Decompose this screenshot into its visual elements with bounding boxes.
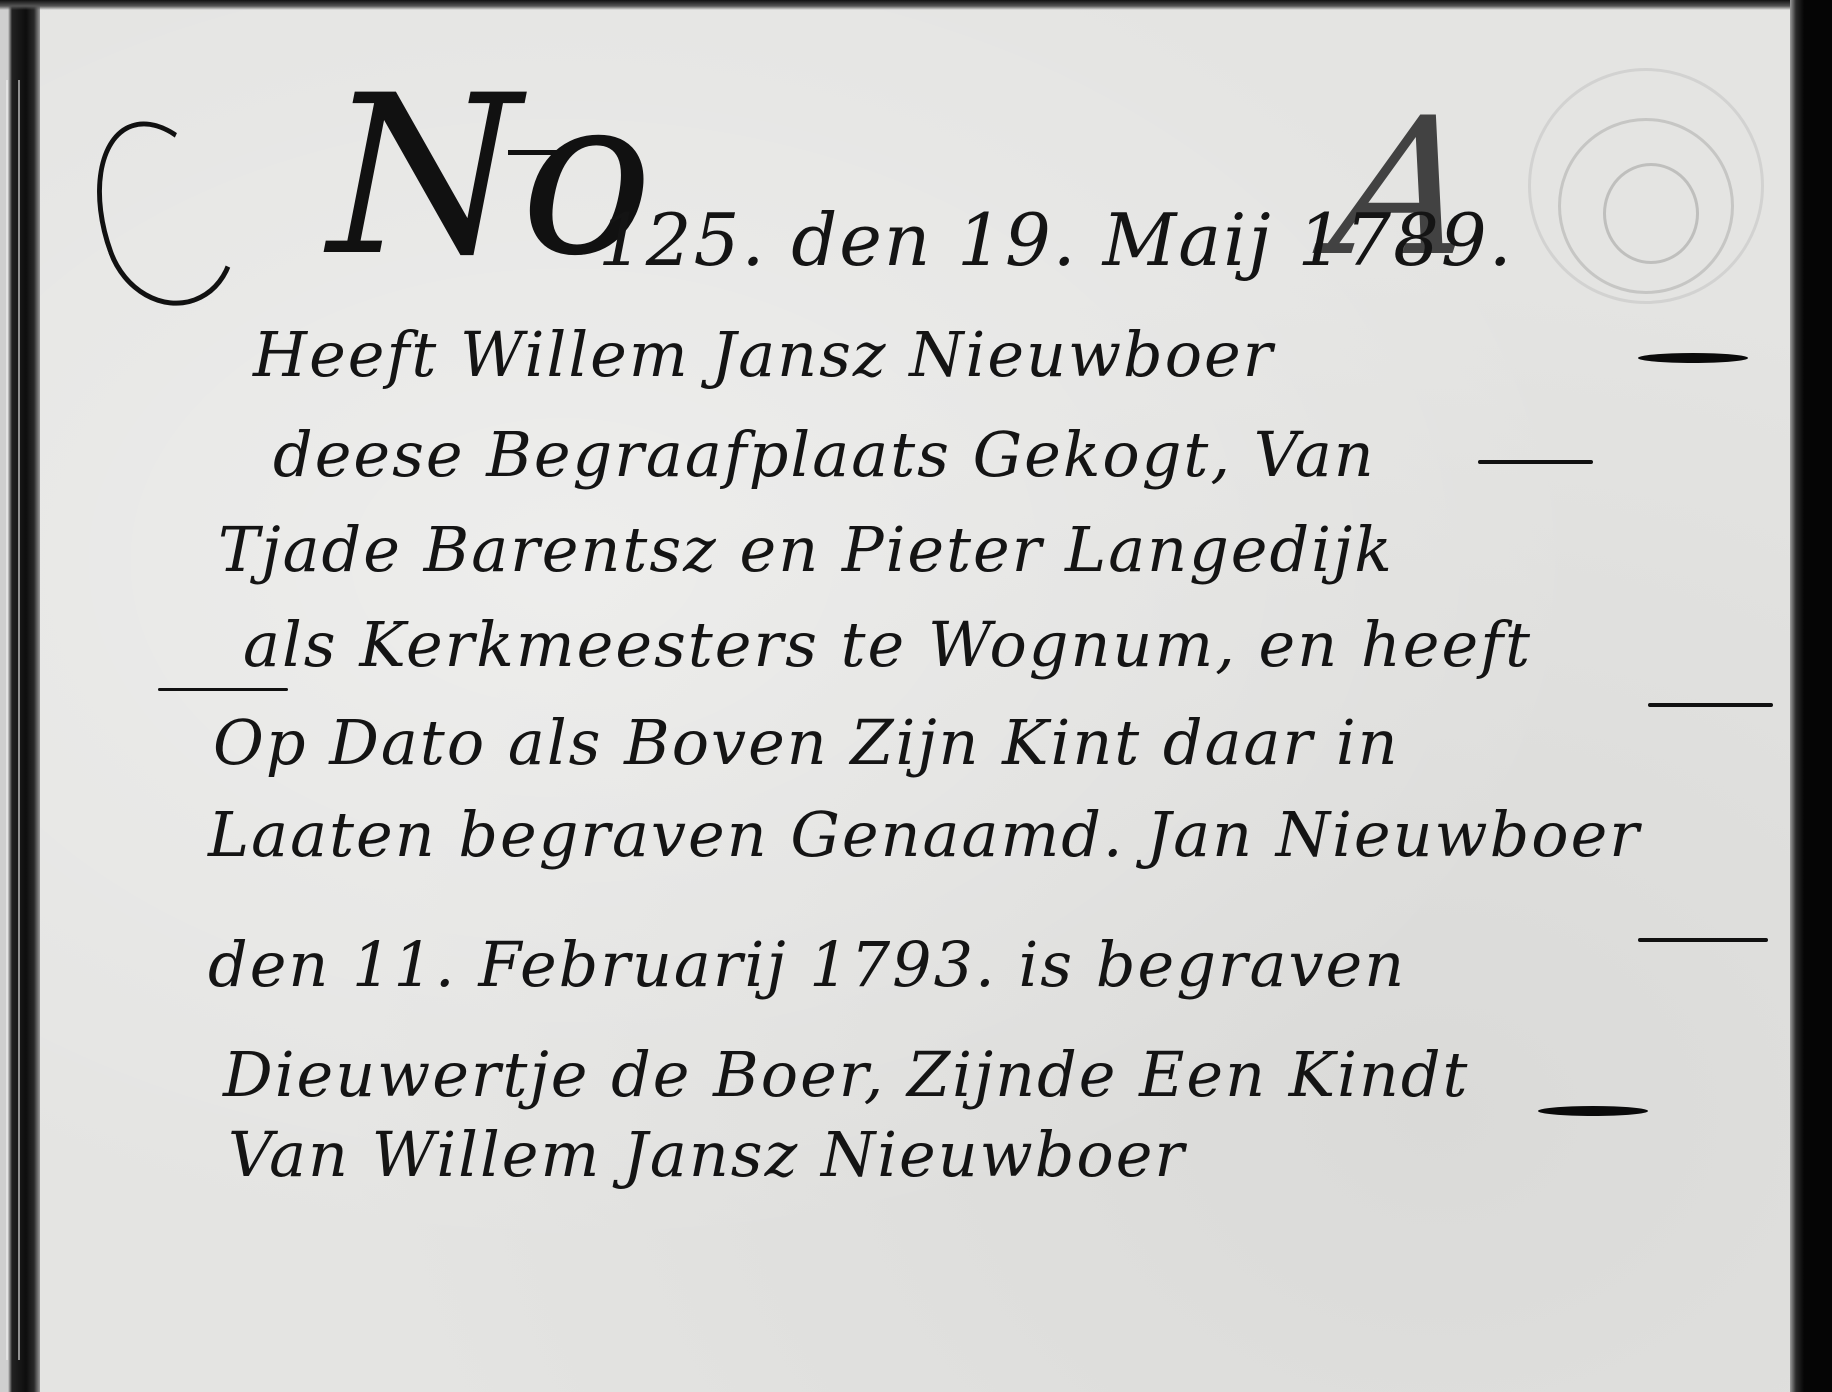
page-top-edge bbox=[0, 0, 1832, 10]
text-line-3: Tjade Barentsz en Pieter Langedijk bbox=[218, 513, 1394, 586]
line-filler-dash bbox=[1478, 460, 1593, 464]
text-line-8: Dieuwertje de Boer, Zijnde Een Kindt bbox=[223, 1038, 1469, 1111]
book-binding-edge bbox=[0, 0, 40, 1392]
document-scan: No A 125. den 19. Maij 1789. Heeft Wille… bbox=[0, 0, 1832, 1392]
page-right-edge bbox=[1790, 0, 1832, 1392]
text-line-4: als Kerkmeesters te Wognum, en heeft bbox=[243, 608, 1532, 681]
register-page: No A 125. den 19. Maij 1789. Heeft Wille… bbox=[38, 8, 1790, 1392]
faded-stamp-inner bbox=[1603, 163, 1699, 264]
numero-underline bbox=[508, 150, 563, 155]
entry-date: den 19. Maij 1789. bbox=[791, 198, 1513, 282]
line-filler-dash bbox=[1538, 1106, 1648, 1116]
line-filler-dash bbox=[1638, 353, 1748, 363]
text-line-9: Van Willem Jansz Nieuwboer bbox=[228, 1118, 1186, 1191]
text-line-6: Laaten begraven Genaamd. Jan Nieuwboer bbox=[208, 798, 1641, 871]
entry-date-line: 125. den 19. Maij 1789. bbox=[598, 198, 1514, 282]
text-line-5: Op Dato als Boven Zijn Kint daar in bbox=[213, 706, 1400, 779]
entry-number-suffix: . bbox=[741, 198, 766, 282]
line-filler-dash bbox=[1648, 703, 1773, 707]
text-line-2: deese Begraafplaats Gekogt, Van bbox=[273, 418, 1376, 491]
binding-strip bbox=[6, 80, 20, 1360]
text-line-1: Heeft Willem Jansz Nieuwboer bbox=[253, 318, 1274, 391]
entry-number: 125 bbox=[598, 198, 741, 282]
margin-flourish bbox=[158, 688, 288, 691]
line-filler-dash bbox=[1638, 938, 1768, 942]
text-line-7: den 11. Februarij 1793. is begraven bbox=[208, 928, 1406, 1001]
flourish-swirl bbox=[69, 101, 256, 324]
